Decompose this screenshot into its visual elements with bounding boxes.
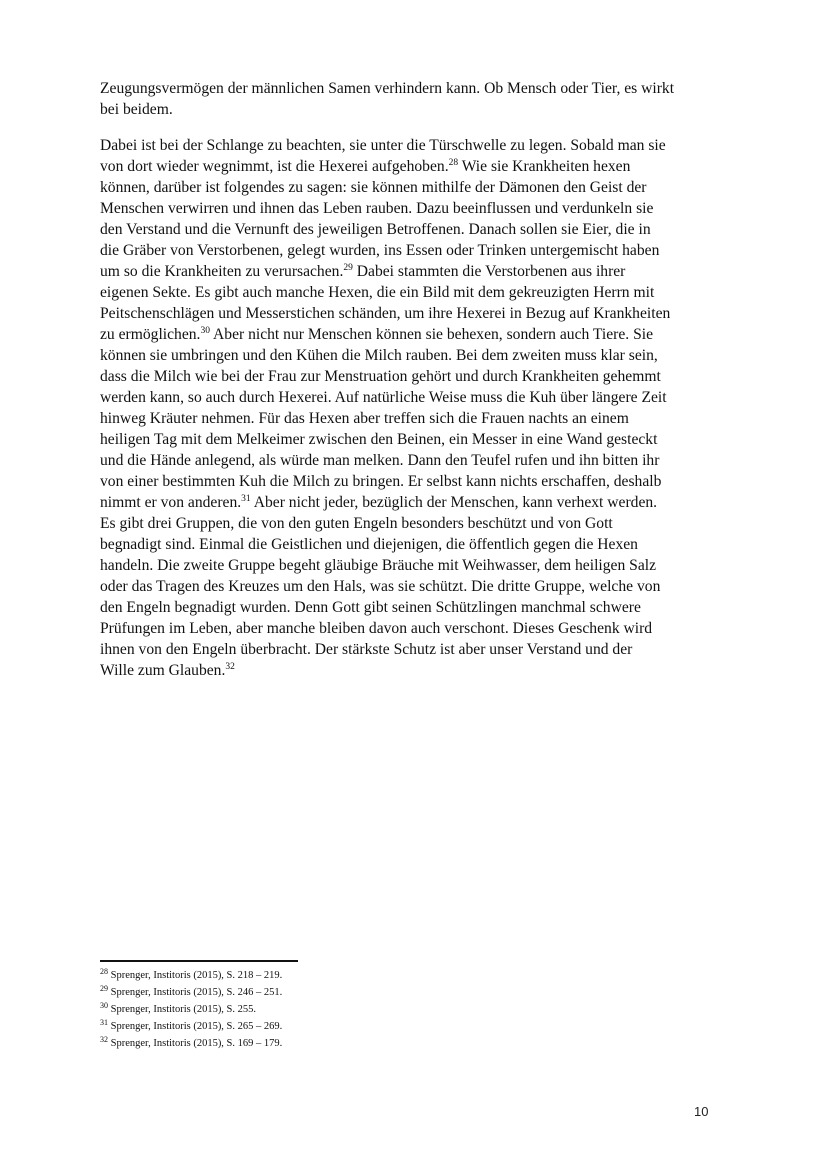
line-text: Peitschenschlägen und Messerstichen schä… xyxy=(100,305,670,322)
line-text: Prüfungen im Leben, aber manche bleiben … xyxy=(100,620,652,637)
footnote-item: 32 Sprenger, Institoris (2015), S. 169 –… xyxy=(100,1035,282,1052)
line-text: von einer bestimmten Kuh die Milch zu br… xyxy=(100,473,661,490)
text-line: Es gibt drei Gruppen, die von den guten … xyxy=(100,513,714,534)
line-text: können sie umbringen und den Kühen die M… xyxy=(100,347,658,364)
text-line: Peitschenschlägen und Messerstichen schä… xyxy=(100,303,714,324)
text-line: von dort wieder wegnimmt, ist die Hexere… xyxy=(100,156,714,177)
text-line: nimmt er von anderen.31 Aber nicht jeder… xyxy=(100,492,714,513)
text-line: Prüfungen im Leben, aber manche bleiben … xyxy=(100,618,714,639)
line-text: um so die Krankheiten zu verursachen. xyxy=(100,263,343,280)
body-text: Zeugungsvermögen der männlichen Samen ve… xyxy=(100,78,714,681)
footnote-number: 30 xyxy=(100,1001,108,1010)
text-line: den Engeln begnadigt wurden. Denn Gott g… xyxy=(100,597,714,618)
text-line: können, darüber ist folgendes zu sagen: … xyxy=(100,177,714,198)
paragraph: Zeugungsvermögen der männlichen Samen ve… xyxy=(100,78,714,120)
line-text: eigenen Sekte. Es gibt auch manche Hexen… xyxy=(100,284,654,301)
line-text: Wille zum Glauben. xyxy=(100,662,225,679)
text-line: Zeugungsvermögen der männlichen Samen ve… xyxy=(100,78,714,99)
page-number: 10 xyxy=(694,1104,708,1119)
text-line: heiligen Tag mit dem Melkeimer zwischen … xyxy=(100,429,714,450)
footnote-item: 28 Sprenger, Institoris (2015), S. 218 –… xyxy=(100,967,282,984)
text-line: begnadigt sind. Einmal die Geistlichen u… xyxy=(100,534,714,555)
text-line: handeln. Die zweite Gruppe begeht gläubi… xyxy=(100,555,714,576)
footnote-number: 32 xyxy=(100,1035,108,1044)
document-page: Zeugungsvermögen der männlichen Samen ve… xyxy=(0,0,828,1171)
line-text-after: Dabei stammten die Verstorbenen aus ihre… xyxy=(353,263,626,280)
footnote-reference[interactable]: 32 xyxy=(225,662,235,672)
line-text: Menschen verwirren und ihnen das Leben r… xyxy=(100,200,653,217)
line-text: können, darüber ist folgendes zu sagen: … xyxy=(100,179,647,196)
footnote-reference[interactable]: 30 xyxy=(200,326,210,336)
line-text: handeln. Die zweite Gruppe begeht gläubi… xyxy=(100,557,656,574)
text-line: die Gräber von Verstorbenen, gelegt wurd… xyxy=(100,240,714,261)
footnote-item: 30 Sprenger, Institoris (2015), S. 255. xyxy=(100,1001,282,1018)
text-line: eigenen Sekte. Es gibt auch manche Hexen… xyxy=(100,282,714,303)
line-text: Zeugungsvermögen der männlichen Samen ve… xyxy=(100,80,674,97)
footnote-reference[interactable]: 28 xyxy=(449,158,459,168)
line-text: werden kann, so auch durch Hexerei. Auf … xyxy=(100,389,667,406)
line-text: ihnen von den Engeln überbracht. Der stä… xyxy=(100,641,632,658)
footnote-text: Sprenger, Institoris (2015), S. 169 – 17… xyxy=(108,1038,282,1049)
line-text-after: Aber nicht jeder, bezüglich der Menschen… xyxy=(251,494,657,511)
text-line: den Verstand und die Vernunft des jeweil… xyxy=(100,219,714,240)
line-text: den Verstand und die Vernunft des jeweil… xyxy=(100,221,651,238)
footnote-text: Sprenger, Institoris (2015), S. 218 – 21… xyxy=(108,970,282,981)
text-line: oder das Tragen des Kreuzes um den Hals,… xyxy=(100,576,714,597)
line-text: den Engeln begnadigt wurden. Denn Gott g… xyxy=(100,599,641,616)
footnote-item: 31 Sprenger, Institoris (2015), S. 265 –… xyxy=(100,1018,282,1035)
text-line: hinweg Kräuter nehmen. Für das Hexen abe… xyxy=(100,408,714,429)
line-text: heiligen Tag mit dem Melkeimer zwischen … xyxy=(100,431,657,448)
text-line: und die Hände anlegend, als würde man me… xyxy=(100,450,714,471)
line-text-after: Wie sie Krankheiten hexen xyxy=(458,158,630,175)
footnote-reference[interactable]: 31 xyxy=(241,494,251,504)
text-line: zu ermöglichen.30 Aber nicht nur Mensche… xyxy=(100,324,714,345)
line-text: bei beidem. xyxy=(100,101,173,118)
footnotes: 28 Sprenger, Institoris (2015), S. 218 –… xyxy=(100,967,282,1052)
line-text: Dabei ist bei der Schlange zu beachten, … xyxy=(100,137,666,154)
paragraph: Dabei ist bei der Schlange zu beachten, … xyxy=(100,135,714,681)
footnote-separator xyxy=(100,960,298,962)
line-text: dass die Milch wie bei der Frau zur Mens… xyxy=(100,368,661,385)
text-line: um so die Krankheiten zu verursachen.29 … xyxy=(100,261,714,282)
footnote-number: 31 xyxy=(100,1018,108,1027)
footnote-number: 28 xyxy=(100,967,108,976)
line-text: nimmt er von anderen. xyxy=(100,494,241,511)
line-text: zu ermöglichen. xyxy=(100,326,200,343)
footnote-text: Sprenger, Institoris (2015), S. 246 – 25… xyxy=(108,987,282,998)
footnote-text: Sprenger, Institoris (2015), S. 265 – 26… xyxy=(108,1021,282,1032)
line-text: oder das Tragen des Kreuzes um den Hals,… xyxy=(100,578,660,595)
line-text: begnadigt sind. Einmal die Geistlichen u… xyxy=(100,536,638,553)
line-text: Es gibt drei Gruppen, die von den guten … xyxy=(100,515,613,532)
text-line: Wille zum Glauben.32 xyxy=(100,660,714,681)
footnote-number: 29 xyxy=(100,984,108,993)
text-line: ihnen von den Engeln überbracht. Der stä… xyxy=(100,639,714,660)
text-line: bei beidem. xyxy=(100,99,714,120)
text-line: werden kann, so auch durch Hexerei. Auf … xyxy=(100,387,714,408)
text-line: Dabei ist bei der Schlange zu beachten, … xyxy=(100,135,714,156)
footnote-item: 29 Sprenger, Institoris (2015), S. 246 –… xyxy=(100,984,282,1001)
text-line: dass die Milch wie bei der Frau zur Mens… xyxy=(100,366,714,387)
line-text: von dort wieder wegnimmt, ist die Hexere… xyxy=(100,158,449,175)
text-line: Menschen verwirren und ihnen das Leben r… xyxy=(100,198,714,219)
footnote-text: Sprenger, Institoris (2015), S. 255. xyxy=(108,1004,256,1015)
text-line: können sie umbringen und den Kühen die M… xyxy=(100,345,714,366)
line-text-after: Aber nicht nur Menschen können sie behex… xyxy=(210,326,653,343)
line-text: hinweg Kräuter nehmen. Für das Hexen abe… xyxy=(100,410,629,427)
line-text: die Gräber von Verstorbenen, gelegt wurd… xyxy=(100,242,659,259)
text-line: von einer bestimmten Kuh die Milch zu br… xyxy=(100,471,714,492)
footnote-reference[interactable]: 29 xyxy=(343,263,353,273)
line-text: und die Hände anlegend, als würde man me… xyxy=(100,452,659,469)
